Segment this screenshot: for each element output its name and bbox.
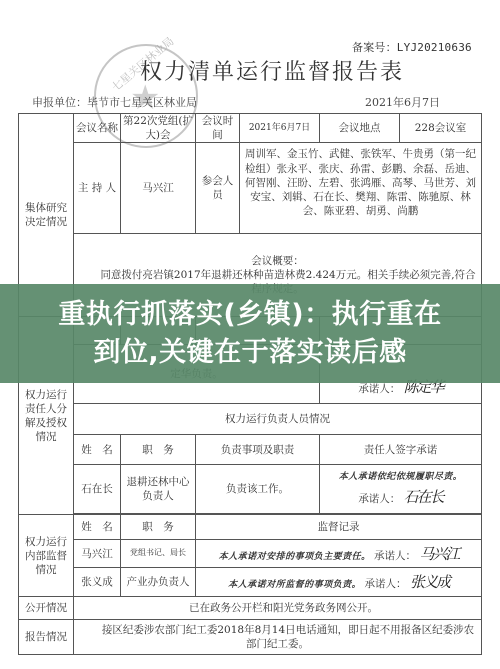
sup-col-header-name: 姓 名	[74, 515, 121, 540]
attendees-label: 参会人员	[196, 143, 240, 234]
col-header-promise: 责任人签字承诺	[320, 435, 482, 465]
person-position: 退耕还林中心负责人	[121, 465, 196, 514]
person-name: 石在长	[74, 465, 121, 514]
report-label: 报告情况	[19, 620, 74, 655]
host-attendees-row: 主 持 人 马兴江 参会人员 周训军、金玉竹、武健、张铁军、牛贵勇（第一纪检组）…	[19, 143, 482, 234]
banner-line-1: 重执行抓落实(乡镇)：执行重在	[58, 296, 441, 334]
col-header-position: 职 务	[121, 435, 196, 465]
summary-label: 会议概要：	[76, 254, 479, 268]
report-row: 报告情况 接区纪委涉农部门纪工委2018年8月14日电话通知，即日起不用报备区纪…	[19, 620, 482, 655]
page-title: 权力清单运行监督报告表	[140, 55, 404, 86]
headline-banner: 重执行抓落实(乡镇)：执行重在 到位,关键在于落实读后感	[0, 284, 500, 383]
responsibility-header-row: 姓 名 职 务 负责事项及职责 责任人签字承诺	[19, 435, 482, 465]
reporting-unit: 申报单位：毕节市七星关区林业局	[32, 94, 197, 110]
sup-col-header-record: 监督记录	[196, 515, 482, 540]
meeting-name-label: 会议名称	[74, 114, 121, 143]
meeting-info-row: 集体研究决定情况 会议名称 第22次党组(扩大)会 会议时间 2021年6月7日…	[19, 114, 482, 143]
report-date: 2021年6月7日	[365, 94, 440, 110]
publicity-row: 公开情况 已在政务公开栏和阳光党务政务网公开。	[19, 597, 482, 620]
responsibility-subtitle: 权力运行负责人员情况	[74, 404, 482, 435]
signature: 马兴江	[419, 545, 458, 563]
signature: 张义成	[410, 573, 449, 591]
supervisor-position: 党组书记、局长	[121, 540, 196, 568]
meeting-time-value: 2021年6月7日	[240, 114, 320, 143]
col-header-duty: 负责事项及职责	[196, 435, 320, 465]
meeting-place-label: 会议地点	[320, 114, 400, 143]
person-promise: 本人承诺依纪依规履职尽责。 承诺人： 石在长	[320, 465, 482, 514]
responsibility-subtitle-row: 权力运行负责人员情况	[19, 404, 482, 435]
publicity-label: 公开情况	[19, 597, 74, 620]
host-label: 主 持 人	[74, 143, 121, 234]
meeting-time-label: 会议时间	[196, 114, 240, 143]
responsibility-row: 石在长 退耕还林中心负责人 负责该工作。 本人承诺依纪依规履职尽责。 承诺人： …	[19, 465, 482, 514]
host-value: 马兴江	[121, 143, 196, 234]
sup-col-header-position: 职 务	[121, 515, 196, 540]
report-text: 接区纪委涉农部门纪工委2018年8月14日电话通知，即日起不用报备区纪委涉农部门…	[74, 620, 482, 655]
report-form-table: 集体研究决定情况 会议名称 第22次党组(扩大)会 会议时间 2021年6月7日…	[18, 113, 482, 655]
section-label-supervision: 权力运行内部监督情况	[19, 515, 74, 597]
supervision-record: 本人承诺对安排的事项负主要责任。 承诺人： 马兴江	[196, 540, 482, 568]
supervisor-name: 马兴江	[74, 540, 121, 568]
person-duty: 负责该工作。	[196, 465, 320, 514]
col-header-name: 姓 名	[74, 435, 121, 465]
publicity-text: 已在政务公开栏和阳光党务政务网公开。	[74, 597, 482, 620]
meeting-place-value: 228会议室	[400, 114, 482, 143]
supervision-row: 张义成 产业办负责人 本人承诺对所监督的事项负责。 承诺人： 张义成	[19, 568, 482, 597]
filing-number: 备案号：LYJ20210636	[352, 39, 472, 55]
banner-line-2: 到位,关键在于落实读后感	[93, 334, 406, 372]
supervisor-position: 产业办负责人	[121, 568, 196, 597]
attendees-value: 周训军、金玉竹、武健、张铁军、牛贵勇（第一纪检组）张永平、张庆、孙雷、彭鹏、余磊…	[240, 143, 482, 234]
promise-text: 本人承诺依纪依规履职尽责。	[322, 471, 479, 483]
supervision-header-row: 权力运行内部监督情况 姓 名 职 务 监督记录	[19, 515, 482, 540]
meeting-name-value: 第22次党组(扩大)会	[121, 114, 196, 143]
supervision-record: 本人承诺对所监督的事项负责。 承诺人： 张义成	[196, 568, 482, 597]
supervisor-name: 张义成	[74, 568, 121, 597]
supervision-row: 马兴江 党组书记、局长 本人承诺对安排的事项负主要责任。 承诺人： 马兴江	[19, 540, 482, 568]
signature: 石在长	[404, 488, 443, 506]
